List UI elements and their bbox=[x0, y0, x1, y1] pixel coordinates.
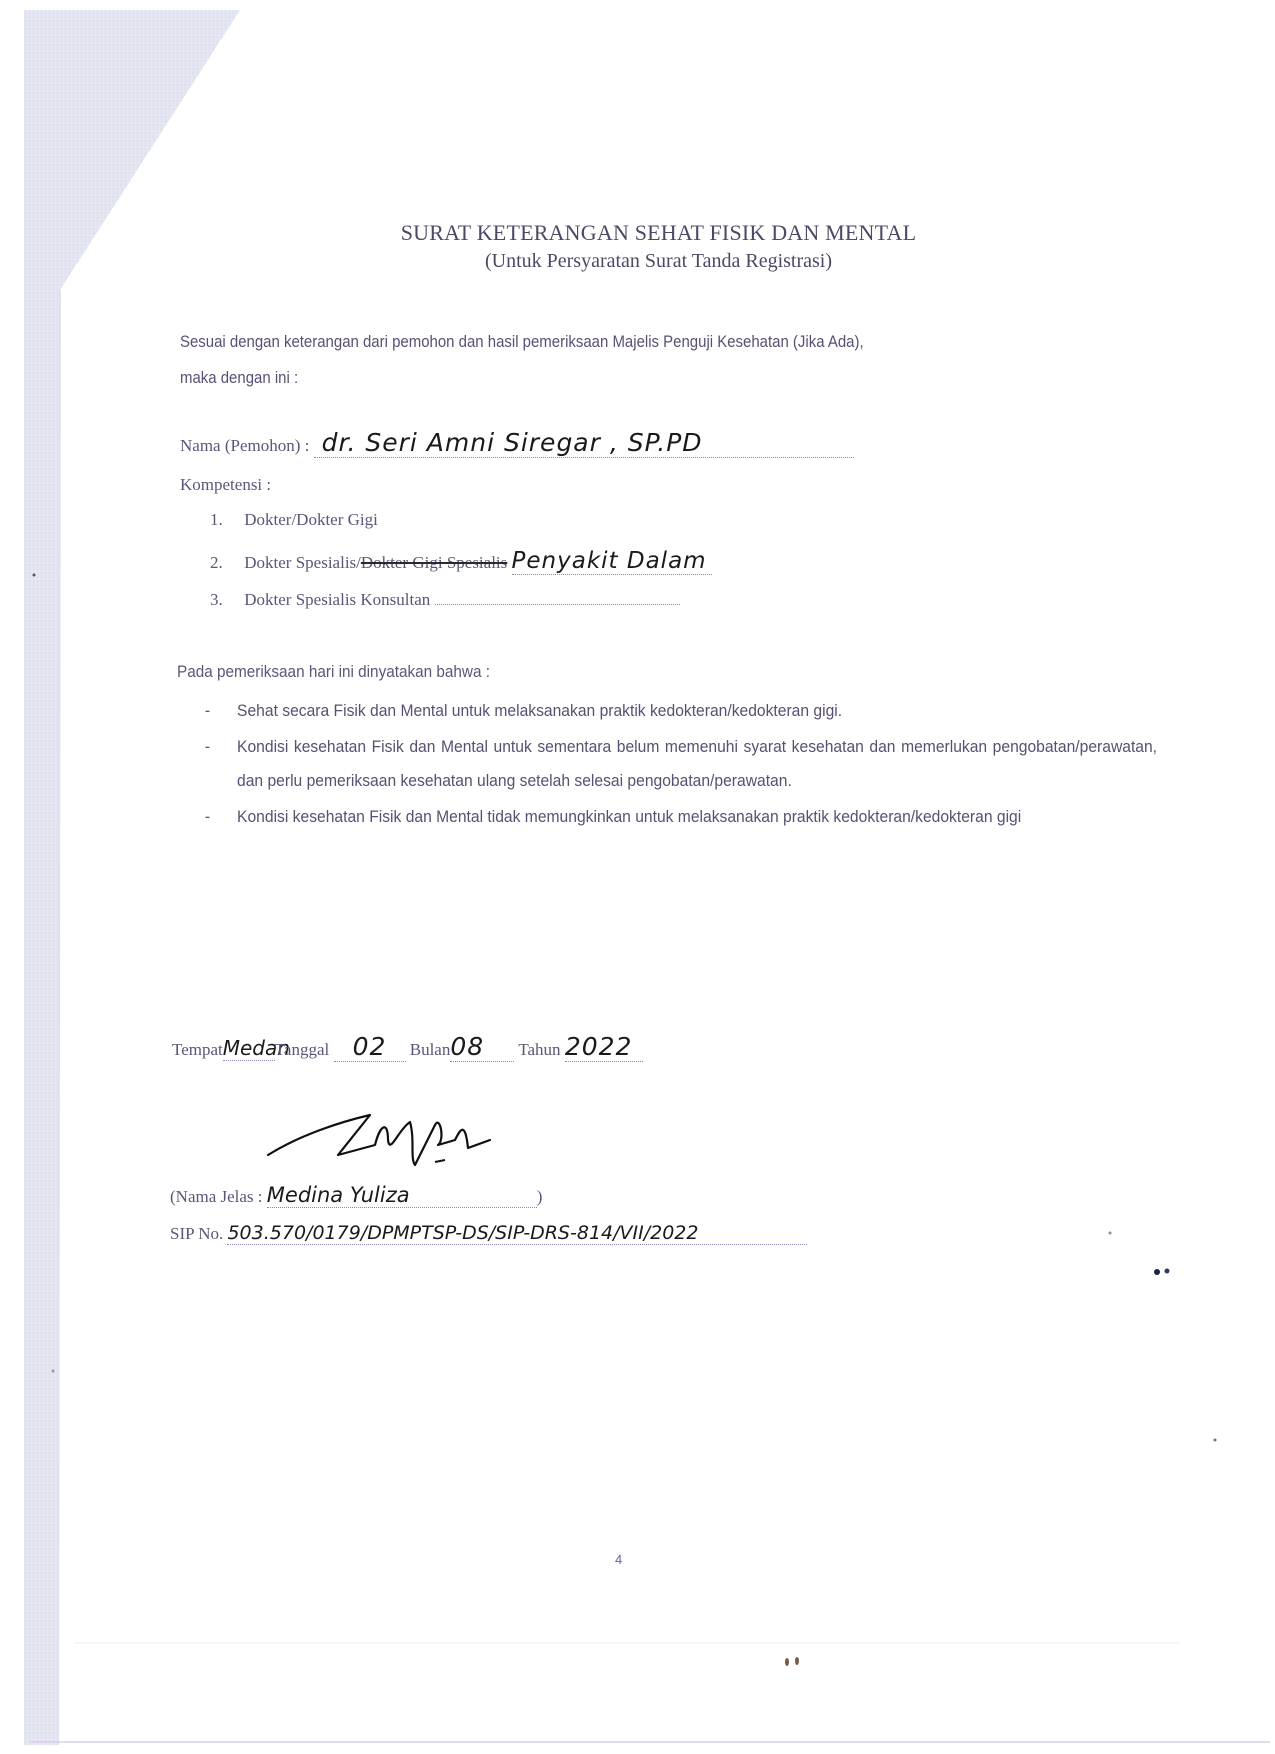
day-field[interactable]: 02 bbox=[334, 1032, 406, 1062]
document-subtitle: (Untuk Persyaratan Surat Tanda Registras… bbox=[0, 250, 1275, 273]
competence-item-2: 2. Dokter Spesialis/Dokter Gigi Spesiali… bbox=[210, 548, 712, 575]
signature-image bbox=[260, 1100, 540, 1180]
competence-item-3: 3. Dokter Spesialis Konsultan bbox=[210, 586, 680, 610]
statement-item-2: - Kondisi kesehatan Fisik dan Mental unt… bbox=[180, 730, 1157, 798]
competence-label: Kompetensi : bbox=[180, 475, 271, 495]
competence-item-1: 1. Dokter/Dokter Gigi bbox=[210, 510, 378, 530]
applicant-field[interactable]: dr. Seri Amni Siregar , SP.PD bbox=[314, 428, 854, 458]
year-field[interactable]: 2022 bbox=[565, 1032, 643, 1062]
intro-paragraph: Sesuai dengan keterangan dari pemohon da… bbox=[180, 324, 1104, 396]
place-field[interactable]: Medan bbox=[223, 1036, 275, 1061]
applicant-row: Nama (Pemohon) : dr. Seri Amni Siregar ,… bbox=[180, 428, 854, 458]
specialty-value: Penyakit Dalam bbox=[512, 548, 707, 574]
day-label: Tanggal bbox=[275, 1040, 330, 1059]
sip-field[interactable]: 503.570/0179/DPMPTSP-DS/SIP-DRS-814/VII/… bbox=[227, 1222, 807, 1245]
signer-name-row: (Nama Jelas : Medina Yuliza) bbox=[170, 1183, 542, 1208]
signer-name-field[interactable]: Medina Yuliza bbox=[267, 1183, 537, 1208]
month-field[interactable]: 08 bbox=[450, 1032, 514, 1062]
statement-item-1: - Sehat secara Fisik dan Mental untuk me… bbox=[180, 694, 1157, 728]
intro-line-2: maka dengan ini : bbox=[180, 360, 1104, 396]
statement-item-3: - Kondisi kesehatan Fisik dan Mental tid… bbox=[180, 800, 1157, 834]
statement-intro: Pada pemeriksaan hari ini dinyatakan bah… bbox=[177, 662, 490, 682]
page-number: 4 bbox=[615, 1552, 622, 1567]
applicant-name: dr. Seri Amni Siregar , SP.PD bbox=[322, 428, 703, 457]
applicant-label: Nama (Pemohon) : bbox=[180, 436, 309, 455]
intro-line-1: Sesuai dengan keterangan dari pemohon da… bbox=[180, 324, 1104, 360]
specialty-field[interactable]: Penyakit Dalam bbox=[512, 548, 712, 575]
year-label: Tahun bbox=[518, 1040, 560, 1059]
struck-text: Dokter Gigi Spesialis bbox=[361, 553, 507, 572]
signer-name-label: (Nama Jelas : bbox=[170, 1187, 263, 1206]
document-title: SURAT KETERANGAN SEHAT FISIK DAN MENTAL bbox=[0, 220, 1275, 246]
sip-label: SIP No. bbox=[170, 1224, 223, 1243]
consultant-field[interactable] bbox=[435, 586, 680, 605]
month-label: Bulan bbox=[410, 1040, 451, 1059]
place-label: Tempat bbox=[172, 1040, 223, 1059]
place-date-row: TempatMedanTanggal 02 Bulan08 Tahun 2022 bbox=[172, 1032, 643, 1062]
sip-row: SIP No. 503.570/0179/DPMPTSP-DS/SIP-DRS-… bbox=[170, 1222, 807, 1245]
statement-list: - Sehat secara Fisik dan Mental untuk me… bbox=[180, 694, 1240, 836]
